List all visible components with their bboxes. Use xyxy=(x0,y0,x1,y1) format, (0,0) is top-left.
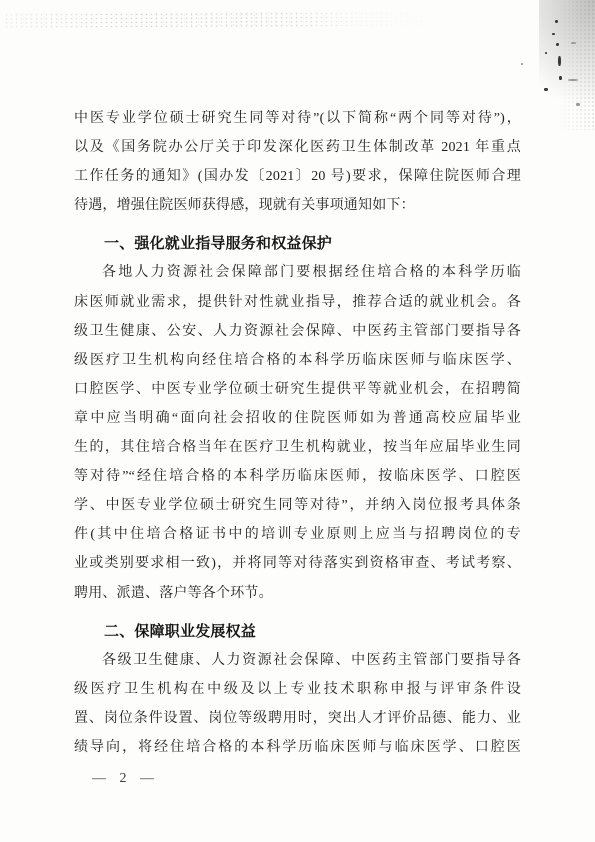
scan-speck xyxy=(552,33,555,35)
scan-speck xyxy=(558,56,561,66)
text-line: 聘用、派遣、落户等各个环节。 xyxy=(74,579,521,608)
scan-speck xyxy=(568,79,578,81)
text-line: 级卫生健康、公安、人力资源社会保障、中医药主管部门要指导各 xyxy=(74,317,521,346)
text-line: 生的，其住培合格当年在医疗卫生机构就业，按当年应届毕业生同 xyxy=(74,433,521,462)
text-line: 各地人力资源社会保障部门要根据经住培合格的本科学历临 xyxy=(74,258,521,287)
text-line: 中医专业学位硕士研究生同等对待”(以下简称“两个同等对待”)， xyxy=(74,104,521,133)
text-line: 件(其中住培合格证书中的培训专业原则上应当与招聘岗位的专 xyxy=(74,520,521,549)
text-line: 级医疗卫生机构向经住培合格的本科学历临床医师与临床医学、 xyxy=(74,346,521,375)
text-line: 置、岗位条件设置、岗位等级聘用时，突出人才评价品德、能力、业 xyxy=(74,704,521,733)
scan-speck xyxy=(556,43,559,46)
scan-speck xyxy=(545,52,547,54)
text-line: 等对待”“经住培合格的本科学历临床医师，按临床医学、口腔医 xyxy=(74,462,521,491)
section-2-heading: 二、保障职业发展权益 xyxy=(74,617,521,646)
text-line: 床医师就业需求，提供针对性就业指导，推荐合适的就业机会。各 xyxy=(74,288,521,317)
scan-speck xyxy=(544,88,548,91)
scanned-document-page: 中医专业学位硕士研究生同等对待”(以下简称“两个同等对待”)， 以及《国务院办公… xyxy=(0,0,595,842)
scan-noise-corner xyxy=(539,0,595,130)
scan-speck xyxy=(559,76,562,80)
text-line: 口腔医学、中医专业学位硕士研究生提供平等就业机会，在招聘简 xyxy=(74,375,521,404)
text-line: 绩导向，将经住培合格的本科学历临床医师与临床医学、口腔医 xyxy=(74,733,521,762)
page-number: — 2 — xyxy=(92,771,159,787)
scan-noise-band xyxy=(4,11,454,28)
text-line: 学、中医专业学位硕士研究生同等对待”，并纳入岗位报考具体条 xyxy=(74,491,521,520)
scan-speck xyxy=(521,63,523,65)
scan-speck xyxy=(555,20,558,23)
text-line: 章中应当明确“面向社会招收的住院医师如为普通高校应届毕业 xyxy=(74,404,521,433)
scan-speck xyxy=(576,103,580,106)
text-line: 各级卫生健康、人力资源社会保障、中医药主管部门要指导各 xyxy=(74,646,521,675)
text-line: 业或类别要求相一致)，并将同等对待落实到资格审查、考试考察、 xyxy=(74,549,521,578)
section-1-heading: 一、强化就业指导服务和权益保护 xyxy=(74,229,521,258)
text-line: 工作任务的通知》(国办发〔2021〕20 号)要求，保障住院医师合理 xyxy=(74,162,521,191)
scan-speck xyxy=(571,42,576,44)
text-line: 以及《国务院办公厅关于印发深化医药卫生体制改革 2021 年重点 xyxy=(74,133,521,162)
text-line: 级医疗卫生机构在中级及以上专业技术职称申报与评审条件设 xyxy=(74,675,521,704)
document-body: 中医专业学位硕士研究生同等对待”(以下简称“两个同等对待”)， 以及《国务院办公… xyxy=(74,104,521,762)
text-line: 待遇，增强住院医师获得感，现就有关事项通知如下： xyxy=(74,191,521,220)
